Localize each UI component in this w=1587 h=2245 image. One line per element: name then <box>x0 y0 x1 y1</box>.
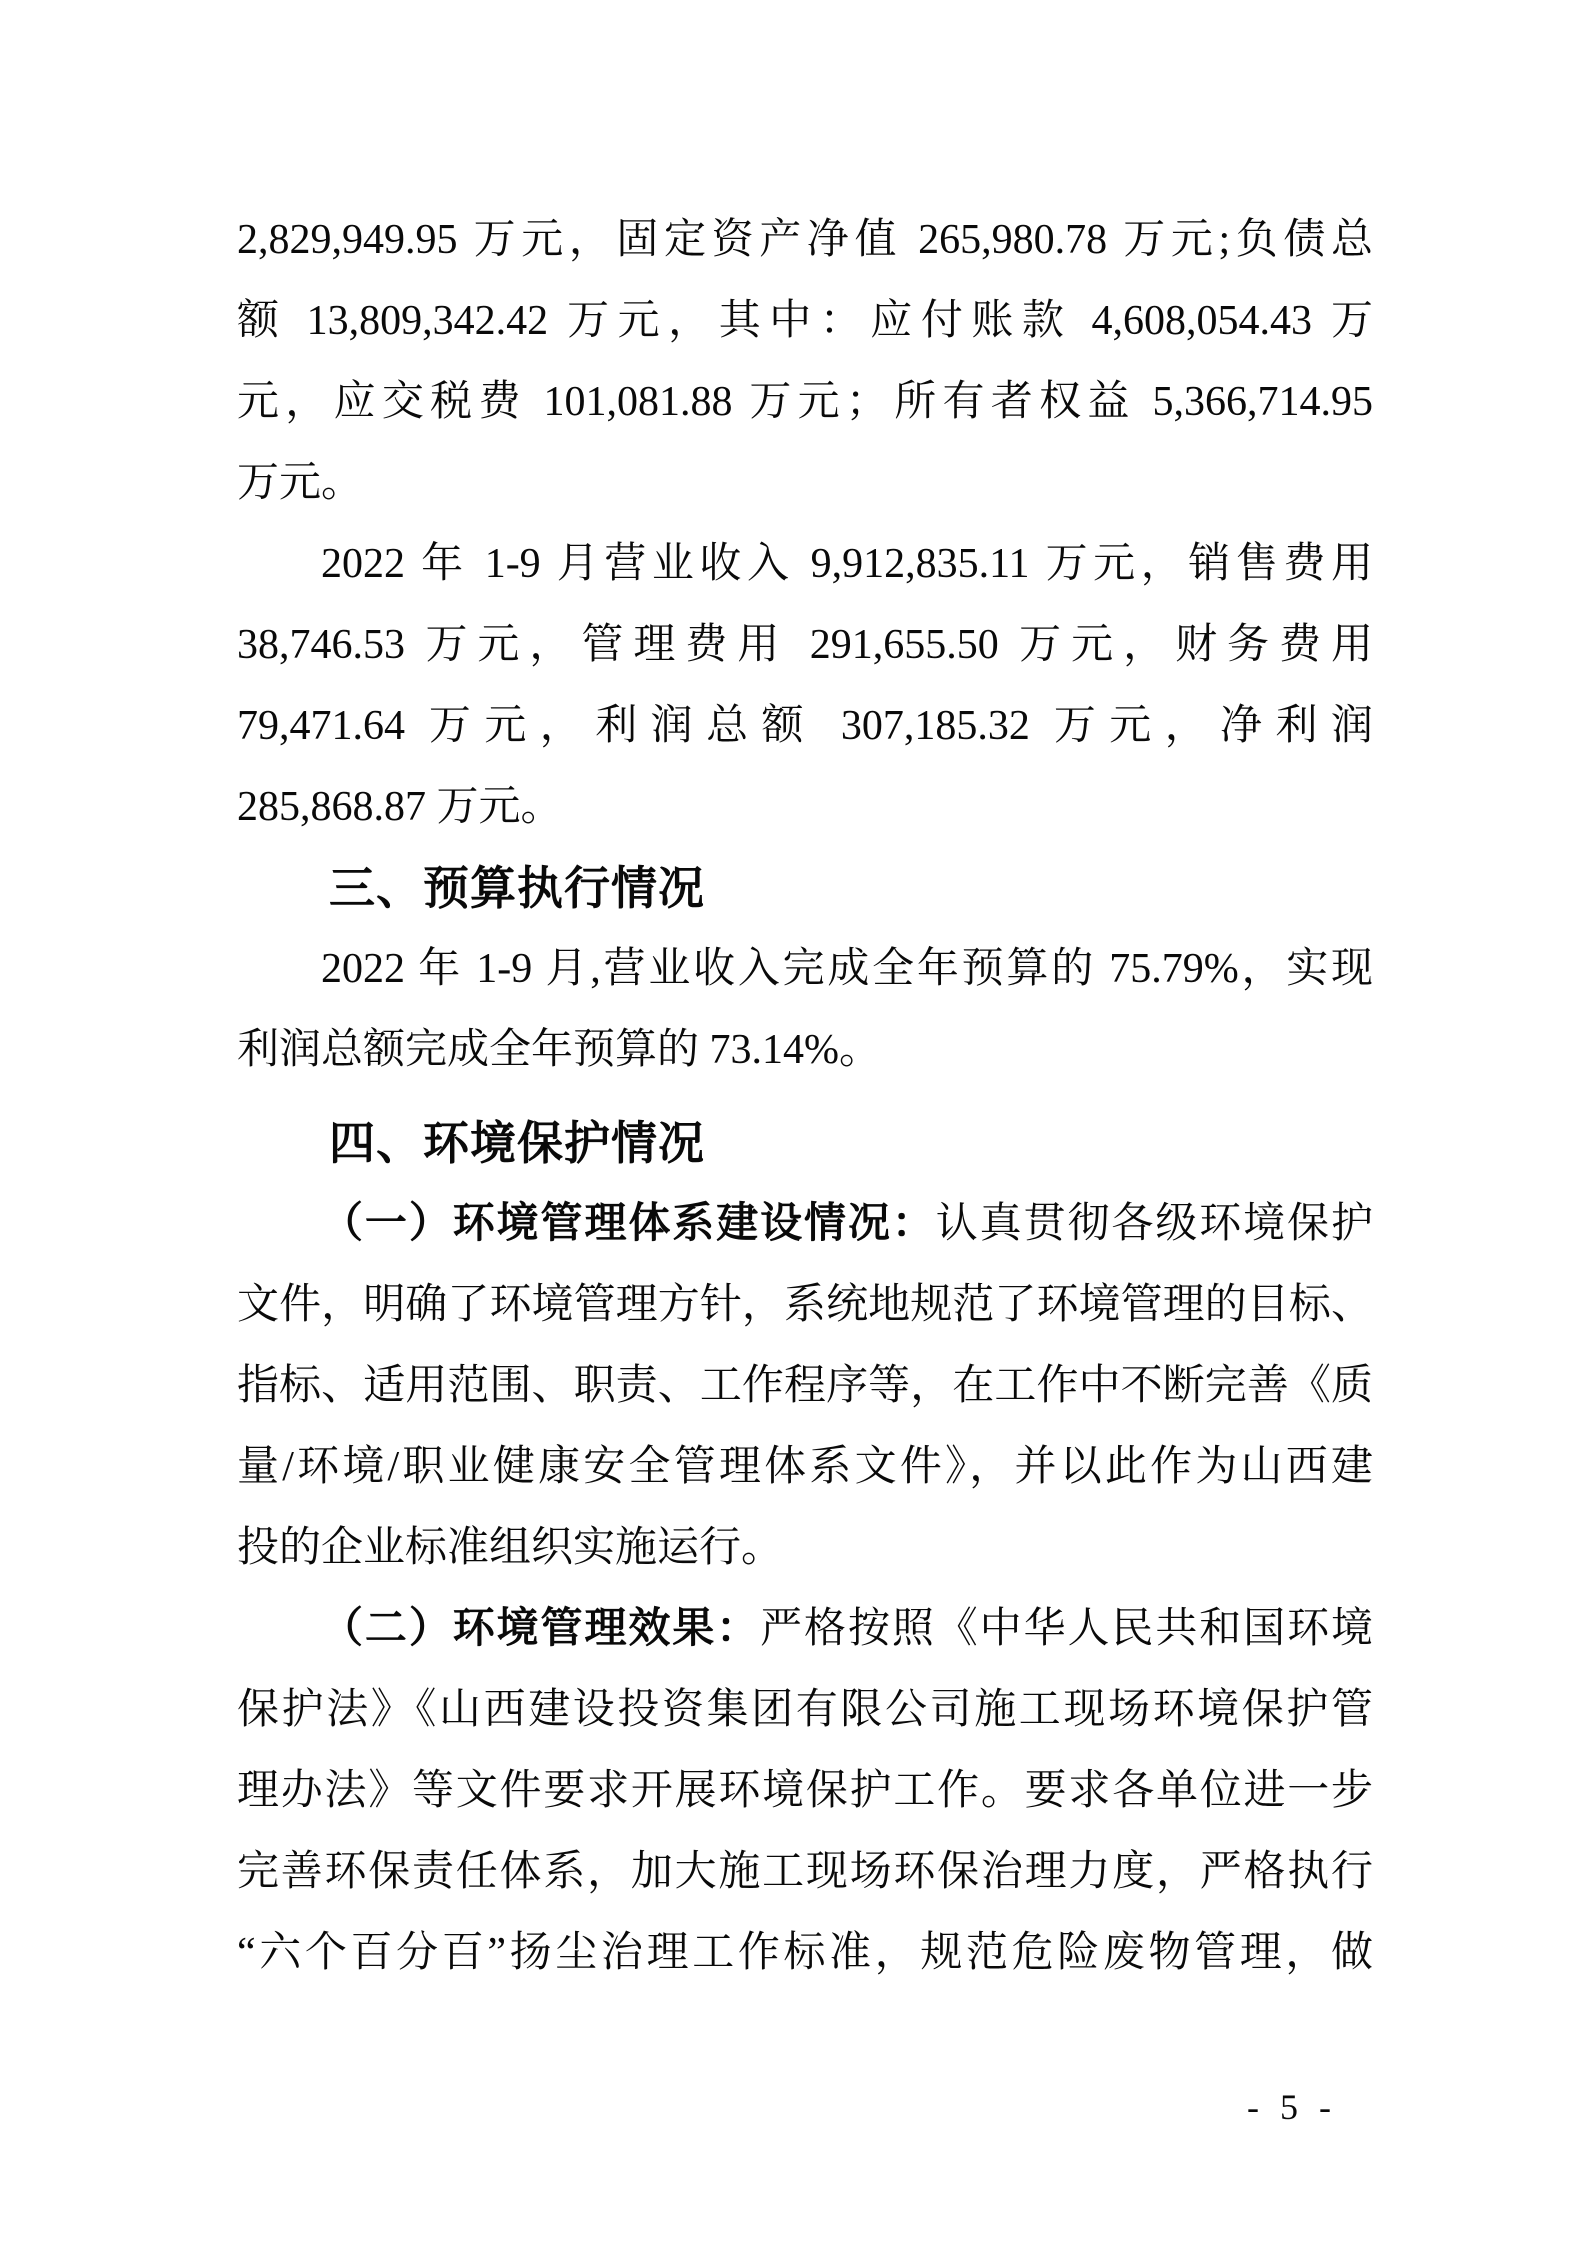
heading-line: 三、预算执行情况 <box>237 848 1373 929</box>
text-run: 79,471.64 万元，利润总额 307,185.32 万元，净利润 <box>237 703 1373 749</box>
text-run: “六个百分百”扬尘治理工作标准，规范危险废物管理，做 <box>237 1930 1373 1976</box>
text-run: 严格按照《中华人民共和国环境 <box>760 1606 1373 1652</box>
text-line: 完善环保责任体系，加大施工现场环保治理力度，严格执行 <box>237 1832 1373 1913</box>
page-number: - 5 - <box>1247 2086 1337 2128</box>
text-line: 量/环境/职业健康安全管理体系文件》，并以此作为山西建 <box>237 1427 1373 1508</box>
emphasis-run: 三、预算执行情况 <box>329 862 705 914</box>
text-run: 投的企业标准组织实施运行。 <box>237 1525 783 1571</box>
text-run: 2,829,949.95 万元，固定资产净值 265,980.78 万元;负债总 <box>237 217 1373 263</box>
emphasis-run: 四、环境保护情况 <box>329 1117 705 1169</box>
text-run: 2022 年 1-9 月营业收入 9,912,835.11 万元，销售费用 <box>321 541 1373 587</box>
text-line: （一）环境管理体系建设情况：认真贯彻各级环境保护 <box>237 1184 1373 1265</box>
document-page: 2,829,949.95 万元，固定资产净值 265,980.78 万元;负债总… <box>0 0 1587 2245</box>
text-line: “六个百分百”扬尘治理工作标准，规范危险废物管理，做 <box>237 1913 1373 1994</box>
text-run: 285,868.87 万元。 <box>237 784 563 830</box>
text-line: 理办法》等文件要求开展环境保护工作。要求各单位进一步 <box>237 1751 1373 1832</box>
text-line: 额 13,809,342.42 万元，其中：应付账款 4,608,054.43 … <box>237 281 1373 362</box>
text-line: 2022 年 1-9 月营业收入 9,912,835.11 万元，销售费用 <box>237 524 1373 605</box>
text-run: 万元。 <box>237 460 363 506</box>
text-run: 利润总额完成全年预算的 73.14%。 <box>237 1027 881 1073</box>
text-run: 理办法》等文件要求开展环境保护工作。要求各单位进一步 <box>237 1768 1373 1814</box>
text-run: 额 13,809,342.42 万元，其中：应付账款 4,608,054.43 … <box>237 298 1373 344</box>
text-line: 元，应交税费 101,081.88 万元；所有者权益 5,366,714.95 <box>237 362 1373 443</box>
text-run: 38,746.53 万元，管理费用 291,655.50 万元，财务费用 <box>237 622 1373 668</box>
text-line: 保护法》《山西建设投资集团有限公司施工现场环境保护管 <box>237 1670 1373 1751</box>
emphasis-run: （一）环境管理体系建设情况： <box>321 1201 936 1247</box>
text-line: 万元。 <box>237 443 1373 524</box>
document-body: 2,829,949.95 万元，固定资产净值 265,980.78 万元;负债总… <box>237 200 1373 1994</box>
text-line: 285,868.87 万元。 <box>237 767 1373 848</box>
text-run: 2022 年 1-9 月,营业收入完成全年预算的 75.79%，实现 <box>321 946 1373 992</box>
text-run: 元，应交税费 101,081.88 万元；所有者权益 5,366,714.95 <box>237 379 1373 425</box>
text-run: 保护法》《山西建设投资集团有限公司施工现场环境保护管 <box>237 1687 1373 1733</box>
text-line: 利润总额完成全年预算的 73.14%。 <box>237 1010 1373 1091</box>
text-run: 指标、适用范围、职责、工作程序等，在工作中不断完善《质 <box>237 1363 1373 1409</box>
text-line: （二）环境管理效果：严格按照《中华人民共和国环境 <box>237 1589 1373 1670</box>
text-line: 79,471.64 万元，利润总额 307,185.32 万元，净利润 <box>237 686 1373 767</box>
text-line: 2,829,949.95 万元，固定资产净值 265,980.78 万元;负债总 <box>237 200 1373 281</box>
text-line: 指标、适用范围、职责、工作程序等，在工作中不断完善《质 <box>237 1346 1373 1427</box>
emphasis-run: （二）环境管理效果： <box>321 1606 760 1652</box>
text-line: 投的企业标准组织实施运行。 <box>237 1508 1373 1589</box>
text-line: 2022 年 1-9 月,营业收入完成全年预算的 75.79%，实现 <box>237 929 1373 1010</box>
text-line: 文件，明确了环境管理方针，系统地规范了环境管理的目标、 <box>237 1265 1373 1346</box>
text-run: 文件，明确了环境管理方针，系统地规范了环境管理的目标、 <box>237 1282 1373 1328</box>
text-run: 完善环保责任体系，加大施工现场环保治理力度，严格执行 <box>237 1849 1373 1895</box>
text-run: 认真贯彻各级环境保护 <box>936 1201 1373 1247</box>
text-run: 量/环境/职业健康安全管理体系文件》，并以此作为山西建 <box>237 1444 1373 1490</box>
text-line: 38,746.53 万元，管理费用 291,655.50 万元，财务费用 <box>237 605 1373 686</box>
heading-line: 四、环境保护情况 <box>237 1103 1373 1184</box>
